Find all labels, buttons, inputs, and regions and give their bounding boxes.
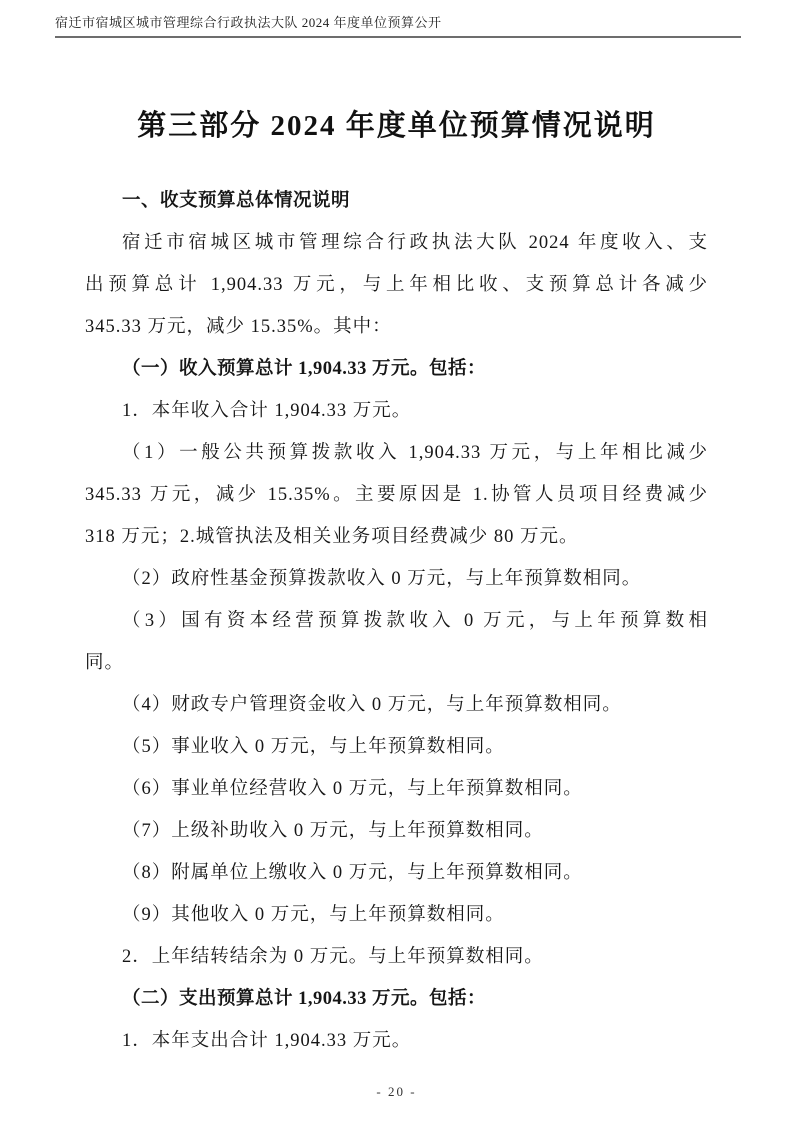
body-line: （9）其他收入 0 万元，与上年预算数相同。 (85, 894, 708, 936)
body-line: （2）政府性基金预算拨款收入 0 万元，与上年预算数相同。 (85, 558, 708, 600)
body-line: 345.33 万元，减少 15.35%。主要原因是 1.协管人员项目经费减少 (85, 474, 708, 516)
body-line: （1）一般公共预算拨款收入 1,904.33 万元，与上年相比减少 (85, 432, 708, 474)
body-line: （7）上级补助收入 0 万元，与上年预算数相同。 (85, 810, 708, 852)
document-body: 一、收支预算总体情况说明宿迁市宿城区城市管理综合行政执法大队 2024 年度收入… (85, 180, 708, 1062)
body-line: 同。 (85, 642, 708, 684)
body-line: （4）财政专户管理资金收入 0 万元，与上年预算数相同。 (85, 684, 708, 726)
body-line: 345.33 万元，减少 15.35%。其中： (85, 306, 708, 348)
document-page: 宿迁市宿城区城市管理综合行政执法大队 2024 年度单位预算公开 第三部分 20… (0, 0, 793, 1122)
body-line: （二）支出预算总计 1,904.33 万元。包括： (85, 978, 708, 1020)
body-line: 一、收支预算总体情况说明 (85, 180, 708, 222)
body-line: （5）事业收入 0 万元，与上年预算数相同。 (85, 726, 708, 768)
body-line: （一）收入预算总计 1,904.33 万元。包括： (85, 348, 708, 390)
page-header: 宿迁市宿城区城市管理综合行政执法大队 2024 年度单位预算公开 (55, 12, 741, 38)
body-line: （6）事业单位经营收入 0 万元，与上年预算数相同。 (85, 768, 708, 810)
body-line: （8）附属单位上缴收入 0 万元，与上年预算数相同。 (85, 852, 708, 894)
body-line: 宿迁市宿城区城市管理综合行政执法大队 2024 年度收入、支 (85, 222, 708, 264)
header-title-text: 宿迁市宿城区城市管理综合行政执法大队 2024 年度单位预算公开 (55, 15, 442, 30)
body-line: 1．本年支出合计 1,904.33 万元。 (85, 1020, 708, 1062)
body-line: 318 万元；2.城管执法及相关业务项目经费减少 80 万元。 (85, 516, 708, 558)
body-line: （3）国有资本经营预算拨款收入 0 万元，与上年预算数相 (85, 600, 708, 642)
page-title: 第三部分 2024 年度单位预算情况说明 (0, 103, 793, 144)
body-line: 出预算总计 1,904.33 万元，与上年相比收、支预算总计各减少 (85, 264, 708, 306)
footer-page-number: - 20 - (0, 1084, 793, 1100)
body-line: 1．本年收入合计 1,904.33 万元。 (85, 390, 708, 432)
body-line: 2．上年结转结余为 0 万元。与上年预算数相同。 (85, 936, 708, 978)
